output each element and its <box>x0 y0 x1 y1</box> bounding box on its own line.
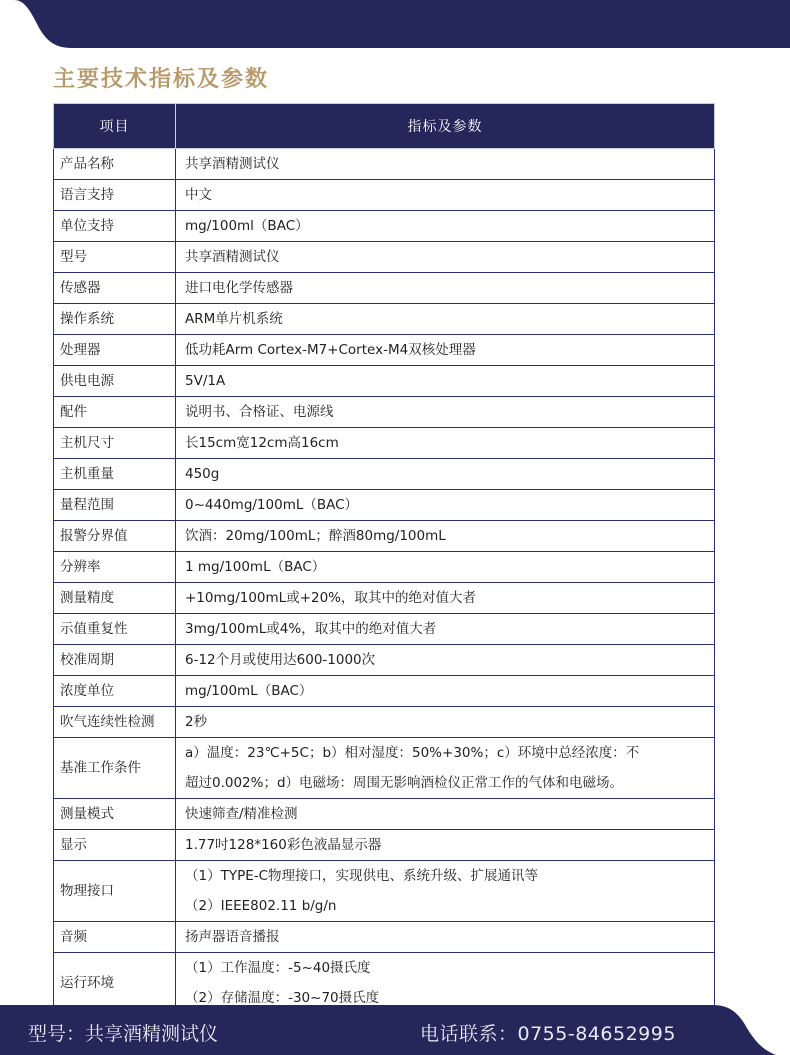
page-title: 主要技术指标及参数 <box>53 62 269 93</box>
table-row: 主机尺寸长15cm宽12cm高16cm <box>54 428 715 459</box>
row-item-value: 共享酒精测试仪 <box>176 242 715 273</box>
row-item-label: 型号 <box>54 242 176 273</box>
table-row: 处理器低功耗Arm Cortex-M7+Cortex-M4双核处理器 <box>54 335 715 366</box>
row-item-label: 浓度单位 <box>54 676 176 707</box>
row-item-value: 5V/1A <box>176 366 715 397</box>
table-row: 量程范围0~440mg/100mL（BAC） <box>54 490 715 521</box>
row-item-value: 450g <box>176 459 715 490</box>
table-row: 浓度单位mg/100mL（BAC） <box>54 676 715 707</box>
row-item-label: 主机尺寸 <box>54 428 176 459</box>
value-line: （1）TYPE-C物理接口，实现供电、系统升级、扩展通讯等 <box>185 861 714 891</box>
header-decorative-band <box>0 0 790 48</box>
row-item-label: 分辨率 <box>54 552 176 583</box>
row-item-value: 饮酒：20mg/100mL；醉酒80mg/100mL <box>176 521 715 552</box>
table-row: 物理接口（1）TYPE-C物理接口，实现供电、系统升级、扩展通讯等（2）IEEE… <box>54 861 715 922</box>
row-item-label: 产品名称 <box>54 149 176 180</box>
table-row: 报警分界值饮酒：20mg/100mL；醉酒80mg/100mL <box>54 521 715 552</box>
table-row: 显示1.77吋128*160彩色液晶显示器 <box>54 830 715 861</box>
header-item: 项目 <box>54 104 176 149</box>
row-item-value: 6-12个月或使用达600-1000次 <box>176 645 715 676</box>
row-item-label: 报警分界值 <box>54 521 176 552</box>
row-item-label: 供电电源 <box>54 366 176 397</box>
row-item-value: 快速筛查/精准检测 <box>176 799 715 830</box>
table-row: 产品名称共享酒精测试仪 <box>54 149 715 180</box>
table-header-row: 项目 指标及参数 <box>54 104 715 149</box>
row-item-label: 操作系统 <box>54 304 176 335</box>
row-item-label: 主机重量 <box>54 459 176 490</box>
row-item-label: 基准工作条件 <box>54 738 176 799</box>
row-item-label: 示值重复性 <box>54 614 176 645</box>
row-item-value: mg/100mL（BAC） <box>176 676 715 707</box>
row-item-value: 中文 <box>176 180 715 211</box>
row-item-value: 进口电化学传感器 <box>176 273 715 304</box>
row-item-label: 测量精度 <box>54 583 176 614</box>
row-item-value: 扬声器语音播报 <box>176 922 715 953</box>
row-item-label: 音频 <box>54 922 176 953</box>
row-item-label: 显示 <box>54 830 176 861</box>
table-row: 音频扬声器语音播报 <box>54 922 715 953</box>
row-item-label: 配件 <box>54 397 176 428</box>
row-item-label: 单位支持 <box>54 211 176 242</box>
table-row: 供电电源5V/1A <box>54 366 715 397</box>
row-item-label: 吹气连续性检测 <box>54 707 176 738</box>
row-item-label: 处理器 <box>54 335 176 366</box>
table-row: 基准工作条件a）温度：23℃+5C；b）相对湿度：50%+30%；c）环境中总经… <box>54 738 715 799</box>
header-value: 指标及参数 <box>176 104 715 149</box>
row-item-value: 共享酒精测试仪 <box>176 149 715 180</box>
row-item-label: 校准周期 <box>54 645 176 676</box>
row-item-value: 说明书、合格证、电源线 <box>176 397 715 428</box>
table-row: 语言支持中文 <box>54 180 715 211</box>
footer-phone: 电话联系：0755-84652995 <box>420 1019 676 1046</box>
row-item-label: 量程范围 <box>54 490 176 521</box>
table-row: 型号共享酒精测试仪 <box>54 242 715 273</box>
table-row: 操作系统ARM单片机系统 <box>54 304 715 335</box>
row-item-value: 长15cm宽12cm高16cm <box>176 428 715 459</box>
value-line: 超过0.002%；d）电磁场：周围无影响酒检仪正常工作的气体和电磁场。 <box>185 768 714 798</box>
row-item-value: ARM单片机系统 <box>176 304 715 335</box>
row-item-value: 1 mg/100mL（BAC） <box>176 552 715 583</box>
row-item-value: 3mg/100mL或4%，取其中的绝对值大者 <box>176 614 715 645</box>
row-item-value: 2秒 <box>176 707 715 738</box>
spec-table: 项目 指标及参数 产品名称共享酒精测试仪语言支持中文单位支持mg/100ml（B… <box>53 103 715 1014</box>
value-line: （1）工作温度：-5~40摄氏度 <box>185 953 714 983</box>
value-line: （2）IEEE802.11 b/g/n <box>185 891 714 921</box>
row-item-label: 传感器 <box>54 273 176 304</box>
row-item-label: 物理接口 <box>54 861 176 922</box>
row-item-label: 测量模式 <box>54 799 176 830</box>
row-item-value: 0~440mg/100mL（BAC） <box>176 490 715 521</box>
row-item-value: a）温度：23℃+5C；b）相对湿度：50%+30%；c）环境中总经浓度：不超过… <box>176 738 715 799</box>
footer-model: 型号：共享酒精测试仪 <box>28 1019 218 1046</box>
table-row: 测量模式快速筛查/精准检测 <box>54 799 715 830</box>
table-row: 测量精度+10mg/100mL或+20%，取其中的绝对值大者 <box>54 583 715 614</box>
row-item-value: 低功耗Arm Cortex-M7+Cortex-M4双核处理器 <box>176 335 715 366</box>
row-item-label: 语言支持 <box>54 180 176 211</box>
row-item-value: （1）TYPE-C物理接口，实现供电、系统升级、扩展通讯等（2）IEEE802.… <box>176 861 715 922</box>
row-item-value: mg/100ml（BAC） <box>176 211 715 242</box>
row-item-value: +10mg/100mL或+20%，取其中的绝对值大者 <box>176 583 715 614</box>
table-row: 传感器进口电化学传感器 <box>54 273 715 304</box>
row-item-value: 1.77吋128*160彩色液晶显示器 <box>176 830 715 861</box>
table-row: 吹气连续性检测2秒 <box>54 707 715 738</box>
value-line: a）温度：23℃+5C；b）相对湿度：50%+30%；c）环境中总经浓度：不 <box>185 738 714 768</box>
table-row: 单位支持mg/100ml（BAC） <box>54 211 715 242</box>
table-body: 产品名称共享酒精测试仪语言支持中文单位支持mg/100ml（BAC）型号共享酒精… <box>54 149 715 1014</box>
table-row: 示值重复性3mg/100mL或4%，取其中的绝对值大者 <box>54 614 715 645</box>
table-row: 配件说明书、合格证、电源线 <box>54 397 715 428</box>
table-row: 分辨率1 mg/100mL（BAC） <box>54 552 715 583</box>
table-row: 主机重量450g <box>54 459 715 490</box>
table-row: 校准周期6-12个月或使用达600-1000次 <box>54 645 715 676</box>
